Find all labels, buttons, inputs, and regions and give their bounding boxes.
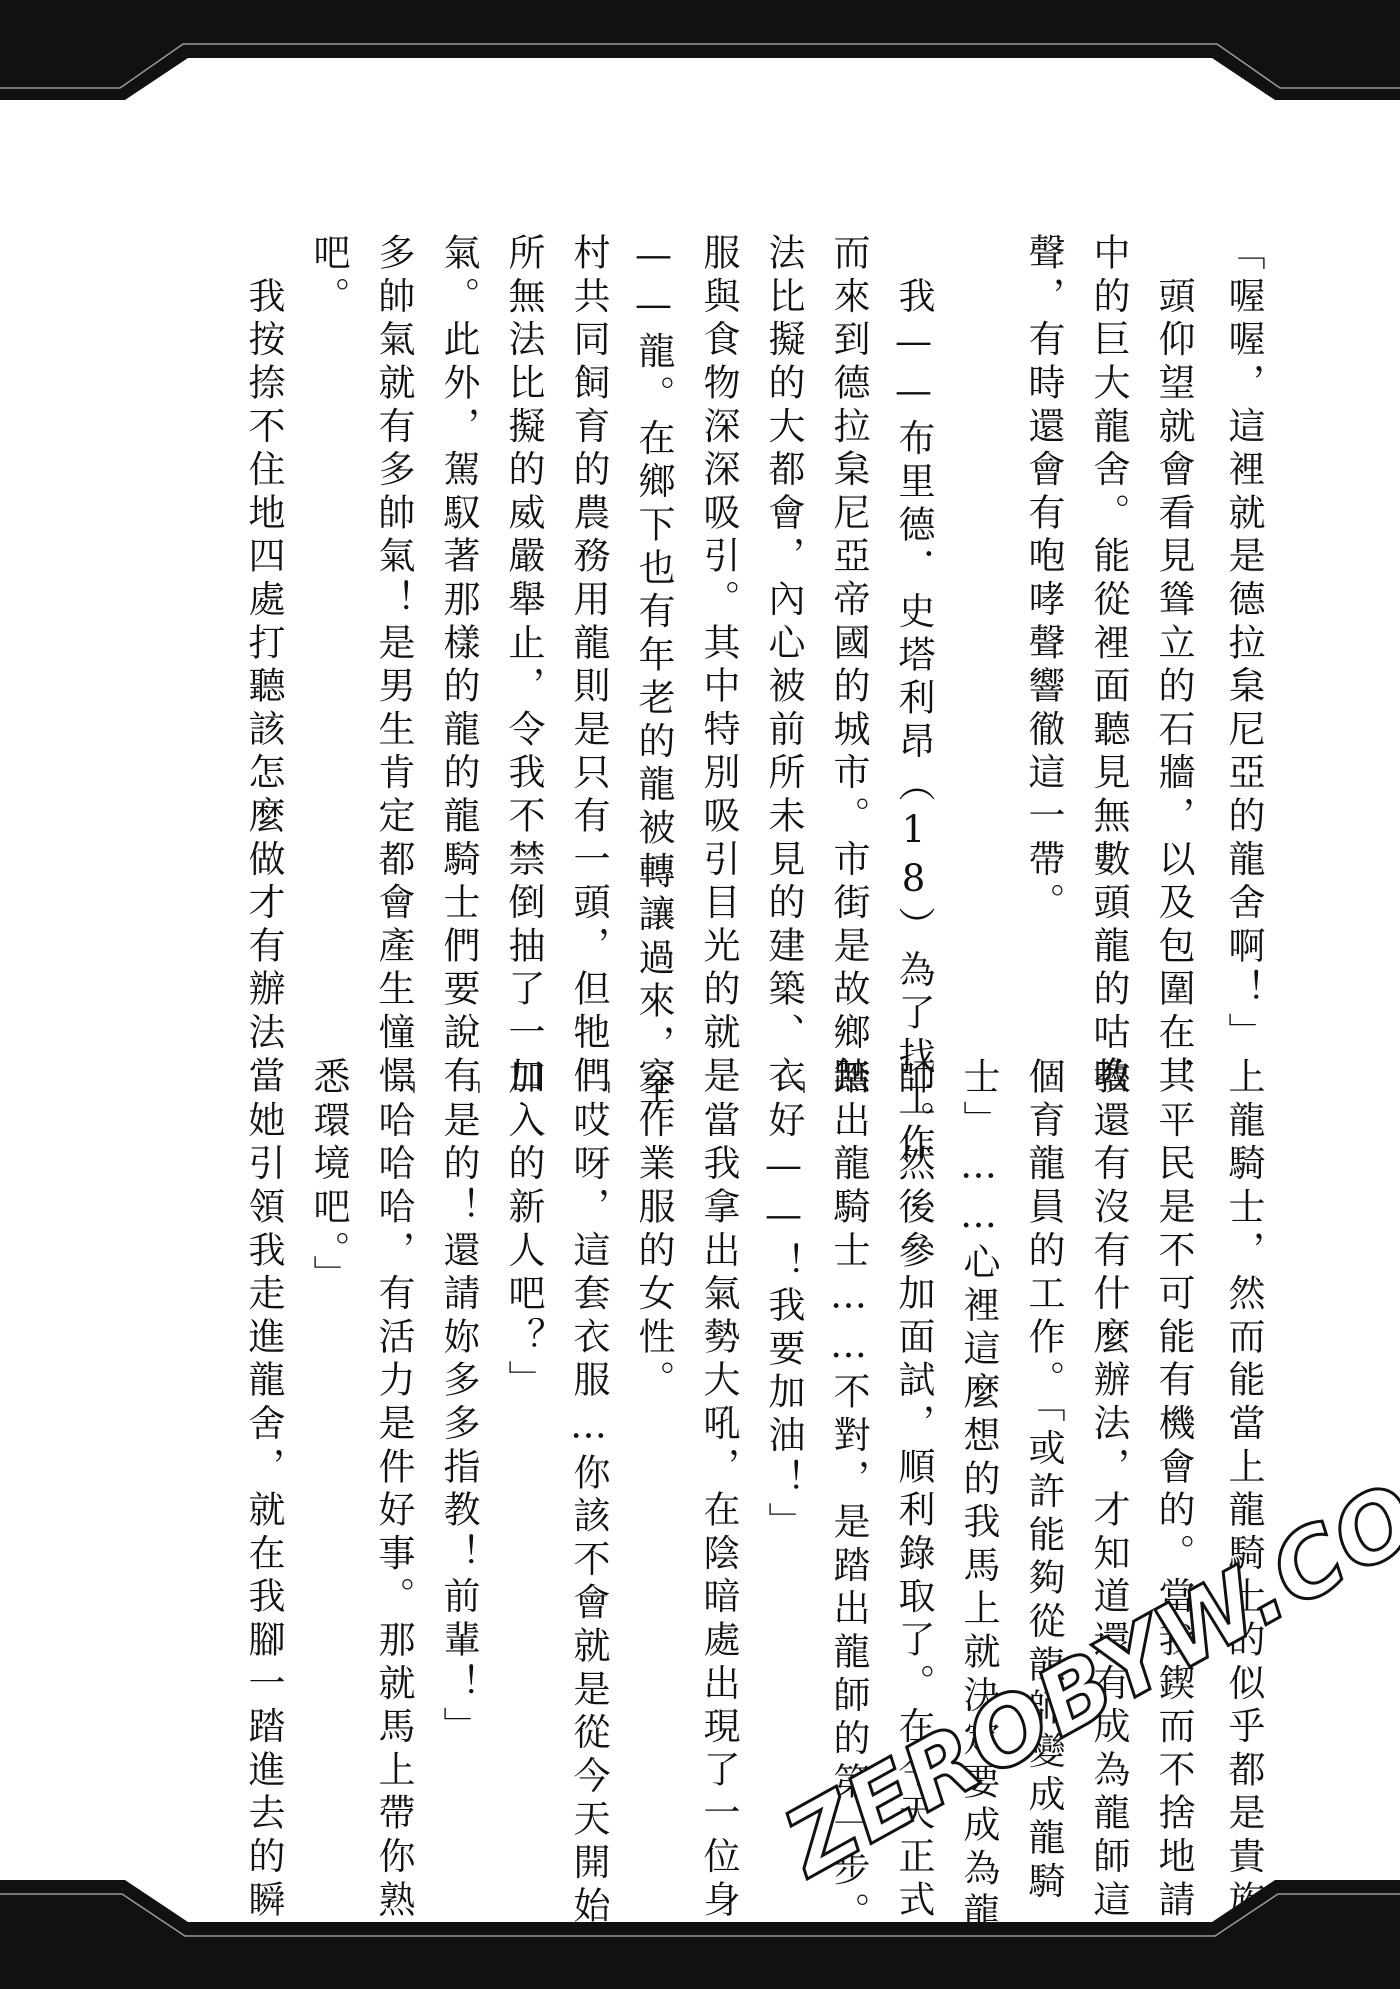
text-column: 教還有沒有什麼辦法，才知道還有成為龍師這 [1088, 1057, 1128, 1923]
text-column: 我按捺不住地四處打聽該怎麼做才有辦法當 [243, 233, 283, 1099]
bottom-frame-border [0, 1880, 1400, 1989]
text-column: 多帥氣就有多帥氣！是男生肯定都會產生憧憬 [373, 233, 413, 1099]
text-column: 聲，有時還會有咆哮聲響徹這一帶。 [1023, 233, 1063, 926]
text-column: ，平民是不可能有機會的。當我鍥而不捨地請 [1153, 1057, 1193, 1923]
text-column: 氣。此外，駕馭著那樣的龍的龍騎士們要說有 [438, 233, 478, 1099]
text-column: 加入的新人吧？」 [503, 1057, 543, 1403]
text-column: 「哈哈哈，有活力是件好事。那就馬上帶你熟 [373, 1057, 413, 1923]
text-column: 「喔喔，這裡就是德拉枲尼亞的龍舍啊！」 [1223, 233, 1263, 1056]
text-column: 法比擬的大都會，內心被前所未見的建築、衣 [763, 233, 803, 1099]
text-column: ——龍。在鄉下也有年老的龍被轉讓過來，全 [633, 233, 673, 1111]
text-column: 上龍騎士，然而能當上龍騎士的似乎都是貴族 [1223, 1057, 1263, 1923]
text-column: 「好——！我要加油！」 [763, 1057, 803, 1545]
text-column: 頭仰望就會看見聳立的石牆，以及包圍在其 [1153, 233, 1193, 1099]
text-column: 我——布里德．史塔利昂（18）為了找工作 [893, 233, 933, 1166]
text-column: 悉環境吧。」 [308, 1057, 348, 1298]
text-column: 「是的！還請妳多多指教！前輩！」 [438, 1057, 478, 1750]
text-column: 當我拿出氣勢大吼，在陰暗處出現了一位身 [698, 1057, 738, 1923]
text-column: 中的巨大龍舍。能從裡面聽見無數頭龍的咕嚕 [1088, 233, 1128, 1099]
text-column: 吧。 [308, 233, 348, 320]
text-column: 她引領我走進龍舍，就在我腳一踏進去的瞬 [243, 1057, 283, 1923]
text-column: 所無法比擬的威嚴舉止，令我不禁倒抽了一口 [503, 233, 543, 1099]
text-column: 穿作業服的女性。 [633, 1057, 673, 1403]
text-column: 服與食物深深吸引。其中特別吸引目光的就是 [698, 233, 738, 1099]
text-column: 而來到德拉枲尼亞帝國的城市。市街是故鄉無 [828, 233, 868, 1099]
text-column: 「哎呀，這套衣服…你該不會就是從今天開始 [568, 1057, 608, 1929]
text-column: 村共同飼育的農務用龍則是只有一頭，但牠們 [568, 233, 608, 1099]
top-frame-border [0, 0, 1400, 110]
